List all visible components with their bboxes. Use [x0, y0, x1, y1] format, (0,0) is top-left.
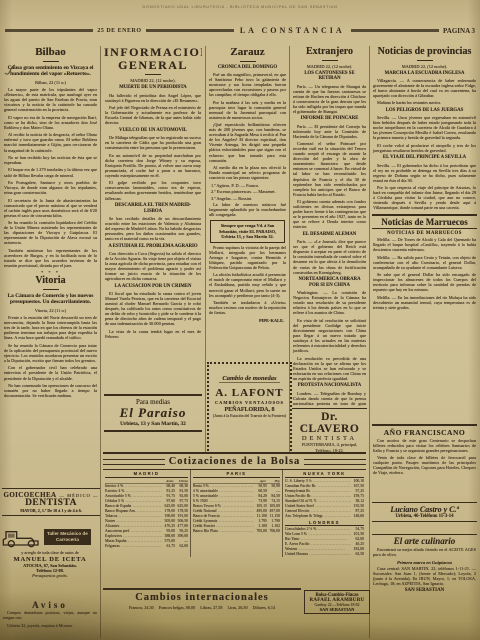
paragraph: Frente a la estación del Norte descarril… [4, 315, 97, 340]
advertiser-name: Dr. CLAVERO [292, 411, 367, 435]
ad-title: AÑO FRANCISCANO [372, 428, 477, 437]
market-name: MADRID [105, 471, 188, 478]
ad-address: Urbieta, 13 y San Martín, 32 [104, 421, 202, 427]
quote-row: Felgueras 61,75 62,00 [105, 544, 188, 549]
article-title: PROTESTA NACIONALISTA [294, 383, 365, 389]
paragraph: Se sabe que el general Dollar ha sido en… [373, 272, 476, 292]
paragraph: Comenzó el señor Poincaré por recordar c… [293, 141, 366, 197]
ad-city: SAN SEBASTIAN [372, 588, 477, 593]
paragraph: El fiscal que ha estudiado la causa cont… [105, 291, 201, 326]
ad-text: DENTISTA [3, 498, 99, 508]
library-stamp: DONOSTIAKO UDAL LIBURUTEGIA - BIBLIOTECA… [0, 4, 480, 9]
dateline: Vitoria, 22 (11 n.) [3, 308, 98, 313]
ad-title: El arte culinario [372, 536, 477, 546]
quote-value: 61,75 [162, 544, 175, 549]
column-divider [369, 46, 370, 638]
paragraph: Villagarcía. — A consecuencia de haber e… [373, 78, 476, 98]
ad-text: Compro dentaduras postizas, viejas, aunq… [3, 610, 97, 620]
ad-aviso: Aviso Compro dentaduras postizas, viejas… [2, 600, 98, 630]
exchange-rates-values: Francos, 24,30Francos belgas, 00,00Libra… [103, 605, 301, 610]
paragraph: Pronto supimos la victoria de la pareja … [209, 245, 286, 270]
paragraph: Melilla. — En las inmediaciones del río … [373, 295, 476, 310]
article-title: LA ACUSACION POR UN CRIMEN [106, 284, 200, 290]
column-bilbao: Bilbao Causa gran sentimiento en Vizcaya… [3, 46, 98, 486]
ad-luciano-castro: Luciano Castro y C.ª Urbieta, 46-Teléfon… [372, 502, 477, 522]
paragraph: Washington. — La comisión de Negocios Ex… [293, 290, 366, 315]
advertiser-name: MANUEL DE ICETA [2, 556, 98, 563]
market-name: LONDRES [285, 520, 364, 527]
ad-address: Casa central: SAN MARTIN, 22, teléfonos … [373, 566, 476, 586]
column-provincias: Noticias de provincias MADRID 22, (12 no… [372, 46, 477, 422]
article-title: NOTICIAS DE MARRUECOS [372, 231, 477, 236]
article-title: DESCARRILA EL TREN MADRID-LISBOA [106, 203, 200, 215]
security-name: Am. Telephone & Telegr. [285, 514, 351, 519]
advertiser-name: El Paraiso [104, 406, 202, 420]
paragraph: Fué un día magnífico, primaveral, en que… [209, 72, 286, 97]
article-title: MARCHA LA ESCUADRA INGLESA [374, 71, 475, 77]
article-title: INFORME DE POINCARE [294, 116, 365, 122]
paragraph: Sevilla. — El gobernador ha dicho á los … [373, 163, 476, 183]
ad-banner: Taller Mecánico de Carrocería [44, 529, 91, 544]
paragraph: La resolución va precedida de una declar… [293, 356, 366, 381]
page-number: PAGINA 3 [443, 27, 475, 35]
paragraph: París. — El presidente del Consejo ha in… [293, 124, 366, 139]
header-rule [146, 29, 234, 32]
stock-quotes-header: Cotizaciones de la Bolsa [103, 456, 366, 467]
ad-el-paraiso: Para medias El Paraiso Urbieta, 13 y San… [104, 394, 202, 432]
paragraph: El vapor no era de la empresa de navegac… [4, 115, 97, 130]
paragraph: El gobierno cuenta además con fondos suf… [293, 199, 366, 229]
divider [43, 61, 59, 62]
paragraph: El coche volcó al producirse el atropell… [373, 143, 476, 153]
section-title-zarauz: Zarauz [208, 47, 287, 59]
ad-anio-franciscano: AÑO FRANCISCANO Con motivo de este gran … [372, 424, 477, 502]
paragraph: Por lo que respecta al viaje del príncip… [373, 185, 476, 210]
exchange-rate: Dólares, 6,14 [253, 605, 275, 610]
market-section-paris: PARIS Ayer Hoy Renta 3 % 50,95 50,90 4 %… [190, 470, 282, 557]
paragraph: También se trasladaron á «Urteta» muchos… [209, 300, 286, 315]
article-title: EL DESARME ALEMAN [294, 232, 365, 238]
security-name: Felgueras [105, 544, 162, 549]
page-header: 25 DE ENERO LA CONSTANCIA PAGINA 3 [5, 26, 475, 35]
headline: Causa gran sentimiento en Vizcaya el hun… [4, 65, 97, 79]
ad-text: Primera marca en Guipúzcoa [372, 560, 477, 565]
paragraph: La vista de la causa tendrá lugar en el … [105, 329, 201, 339]
paragraph: ¡Qué espectáculo brillantísimo ofrecen m… [209, 122, 286, 163]
ad-address: MAYOR, 2, 1.º De 10 á 1 y de 4 á 6. [3, 508, 99, 513]
section-title-provincias: Noticias de provincias [372, 47, 477, 58]
article-title: LOS PELIGROS DE LAS JUERGAS [374, 108, 475, 114]
paragraph: Al recibir la noticia de la desgracia, e… [4, 132, 97, 152]
vintage-car-icon [2, 526, 42, 548]
table-subheader: Ayer Hoy [193, 479, 280, 484]
divider [322, 60, 338, 61]
header-rule [351, 29, 439, 32]
edition-date: 25 DE ENERO [97, 28, 141, 34]
paragraph: De Málaga telegrafían que se ha registra… [105, 135, 201, 150]
quote-row: United Havana 63,50 [285, 552, 364, 557]
quote-value: 63,50 [351, 552, 364, 557]
program-item: 3.º Angelus. — Rossini. [211, 196, 284, 202]
paragraph: Se han recibido detalles de un descarril… [105, 216, 201, 241]
table-subheader: Anter. Ultimo [105, 479, 188, 484]
paragraph: París. — «Le Journal» dice que parece se… [293, 239, 366, 274]
paragraph: En Portugalete, Santurce y otros pueblos… [4, 180, 97, 195]
program-item: 2.º Escenas pintorescas. — Massenet. [211, 189, 284, 195]
divider [417, 60, 433, 61]
paragraph: Con el gobernador civil han celebrado un… [4, 365, 97, 380]
ad-lafont-exchange: Cambio de monedas A. LAFONT CAMBIOS VENT… [207, 362, 292, 454]
paragraph: Melilla. — De Torres de Alcalá y Cala de… [373, 237, 476, 252]
article-title: CRONICA DEL DOMINGO [210, 65, 285, 71]
exchange-rates-title: Cambios internacionales [103, 592, 301, 603]
paragraph: Con dirección a Coca (Segovia) ha salido… [105, 251, 201, 281]
column-divider [100, 46, 101, 638]
exchange-rates-section: Cambios internacionales Francos, 24,30Fr… [103, 588, 301, 610]
ad-el-paraiso-box: Siempre que venga Vd. á San Sebastián, v… [210, 220, 285, 243]
ad-text: Con motivo de este gran Centenario se de… [373, 438, 476, 453]
dateline: MADRID 22, (12 noche). [292, 64, 367, 69]
paragraph: El buque era de 1.279 toneladas y la últ… [4, 167, 97, 177]
headline: La Cámara de Comercio y los nuevos presu… [4, 293, 97, 307]
exchange-rate: Francos belgas, 00,00 [159, 605, 196, 610]
exchange-rate: Libras, 27,58 [200, 605, 222, 610]
paragraph: También asistieron los representantes de… [4, 248, 97, 268]
article-title: A ESTUDIAR EL PROBLEMA AGRARIO [106, 244, 200, 250]
ad-title: Aviso [2, 600, 98, 610]
advertiser-name: Luciano Castro y C.ª [372, 505, 477, 514]
divider [240, 61, 256, 62]
column-informacion-general: INFORMACION GENERAL MADRID 22, (12 noche… [104, 46, 202, 390]
ad-text: y arreglo de toda clase de autos de [2, 550, 98, 555]
dateline: MADRID 22, (12 noche). [372, 64, 477, 69]
column-header: Anter. [161, 479, 174, 483]
paragraph: No se han recibido hoy las noticias de é… [4, 155, 97, 165]
section-title: GENERAL [104, 59, 202, 72]
market-section-madrid: MADRID Anter. Ultimo Interior 4 % 68,40 … [103, 470, 190, 557]
column-header: Ultimo [175, 479, 188, 483]
section-title-extranjero: Extranjero [292, 47, 367, 58]
quote-value: 705,00 [254, 529, 267, 534]
article-signature: PIPE-KALE. [211, 318, 284, 323]
paragraph: Se ha reunido la Cámara de Comercio para… [4, 343, 97, 363]
ad-arte-culinario: El arte culinario Encontrará su mejor al… [372, 534, 477, 637]
column-divider [205, 46, 206, 452]
column-zarauz: Zarauz CRONICA DEL DOMINGO Fué un día ma… [208, 46, 287, 358]
exchange-rate: Liras, 26,50 [227, 605, 247, 610]
paragraph: Se ha reunido la comisión liquidadora de… [4, 220, 97, 245]
paragraph: La afición futbolística acudió á presenc… [209, 272, 286, 297]
quote-row: Am. Telephone & Telegr. 148,60 [285, 514, 364, 519]
ad-text: Presupuestos gratis. [2, 573, 98, 578]
article-title: NORTEAMERICA OBRARA POR SI EN CHINA [294, 277, 365, 289]
market-name: PARIS [193, 471, 280, 478]
divider [304, 459, 366, 465]
program-item: 1.º Agüero, P. D. — Franco. [211, 183, 284, 189]
market-name: NUEVA YORK [285, 471, 364, 478]
header-rule [5, 29, 93, 32]
quote-value: 706,00 [267, 529, 280, 534]
column-header: Ayer [253, 479, 266, 483]
quote-value: 62,00 [175, 544, 188, 549]
ad-text: Encontrará su mejor aliado friendo en el… [373, 547, 476, 557]
section-title-bilbao: Bilbao [3, 47, 98, 59]
stock-quotes-table: MADRID Anter. Ultimo Interior 4 % 68,40 … [103, 469, 366, 557]
article-body: La mayor parte de los tripulantes del va… [3, 87, 98, 268]
ad-address: PEÑAFLORIDA, 8 [211, 407, 288, 413]
stock-quotes-title: Cotizaciones de la Bolsa [169, 456, 301, 467]
section-title-marruecos: Noticias de Marruecos [372, 214, 477, 229]
article-body: Frente a la estación del Norte descarril… [3, 315, 98, 398]
paragraph: Fué jefe del Negociado de Prensa en el m… [105, 105, 201, 125]
paragraph: París. — Un telegrama de Shangai da cuen… [293, 84, 366, 114]
security-name: United Havana [285, 552, 351, 557]
section-title-vitoria: Vitoria [3, 276, 98, 287]
paragraph: No han comenzado las operaciones de conc… [4, 383, 97, 398]
security-name: Banco Río Plata [193, 529, 254, 534]
paragraph: La mayor parte de los tripulantes del va… [4, 87, 97, 112]
newspaper-page: DONOSTIAKO UDAL LIBURUTEGIA - BIBLIOTECA… [0, 0, 480, 640]
dateline: MADRID 22, (12 noche). [104, 78, 202, 83]
article-title: LOS CANTONESES SE RETIRAN [294, 71, 365, 83]
ad-address: Urbieta, 46-Teléfono 11-3-14 [372, 514, 477, 519]
ad-address: FUENTERRABIA, 4, principal, [292, 442, 367, 448]
ad-goicoechea-dentist: GOICOECHEA — MÉDICO — DENTISTA MAYOR, 2,… [2, 488, 100, 516]
quote-row: Banco Río Plata 705,00 706,00 [193, 529, 280, 534]
ad-city: SAN SEBASTIAN [306, 607, 368, 612]
ad-title: Cambio de monedas [219, 375, 279, 383]
paragraph: El golpe recibido por los ocupantes tuvo… [105, 180, 201, 200]
paragraph: Mañana le harán los restantes navíos. [373, 100, 476, 105]
ad-text: (Junto á la Estación del Tranvía de la F… [211, 414, 288, 419]
masthead-title: LA CONSTANCIA [238, 26, 347, 35]
quote-value: 148,60 [351, 514, 364, 519]
paragraph: Ha fallecido el periodista don Angel Lóp… [105, 93, 201, 103]
ad-text: Venta de toda clase de billetes de ferro… [373, 455, 476, 475]
divider [103, 459, 165, 465]
exchange-rate: Francos, 24,30 [129, 605, 154, 610]
ad-text: Carrocería [47, 537, 88, 543]
paragraph: El secretario de la Junta de abastecimie… [4, 198, 97, 218]
ad-taller-iceta: Taller Mecánico de Carrocería y arreglo … [2, 526, 98, 578]
article-title: VUELCO DE UN AUTOMOVIL [106, 128, 200, 134]
ad-text: CAMBIOS VENTAJOSOS [211, 400, 288, 405]
divider [43, 289, 59, 290]
dateline: Bilbao, 22 (11 n.) [3, 80, 98, 85]
stock-quotes-section: Cotizaciones de la Bolsa MADRID Anter. U… [103, 452, 366, 589]
paragraph: En vista de tal resolución se solicitará… [293, 318, 366, 353]
ad-rafael-aramburu: Bolsa-Cambio-Fincas RAFAEL ARAMBURU Gari… [304, 590, 370, 614]
column-header: Hoy [267, 479, 280, 483]
divider [145, 74, 161, 75]
ad-address: Garibay 22.—Teléfono 18-82 [306, 603, 368, 607]
paragraph: Londres. — Telegrafían de Bombay y Calcu… [293, 391, 366, 407]
market-section-newyork-london: NUEVA YORK U. S. Liberty 3 ½ 100,10 Cana… [282, 470, 366, 557]
paragraph: Al medio día en la plaza nos ofreció la … [209, 165, 286, 180]
advertiser-name: A. LAFONT [211, 387, 288, 399]
ad-text: DENTISTA [292, 435, 367, 442]
paragraph: Melilla. — Ha salido para Ceuta y Tetuán… [373, 255, 476, 270]
advertiser-name: RAFAEL ARAMBURU [306, 598, 368, 603]
article-title: MUERTE DE UN PERIODISTA [106, 85, 200, 91]
ad-text: Urbieta 32, joyería, esquina á Moraza. [3, 623, 97, 628]
paragraph: La labor de nuestros músicos fué largame… [209, 202, 286, 217]
article-title: EL VIAJE DEL PRINCIPE A SEVILLA [374, 155, 475, 161]
paragraph: Sevilla. — Unos jóvenes que regresaban e… [373, 115, 476, 140]
paragraph: En un automóvil de su propiedad marchaba… [105, 153, 201, 178]
paragraph: Por la mañana á las seis y media en la p… [209, 100, 286, 120]
column-extranjero: Extranjero MADRID 22, (12 noche). LOS CA… [292, 46, 367, 406]
ad-dr-clavero: Dr. CLAVERO DENTISTA FUENTERRABIA, 4, pr… [292, 408, 367, 453]
